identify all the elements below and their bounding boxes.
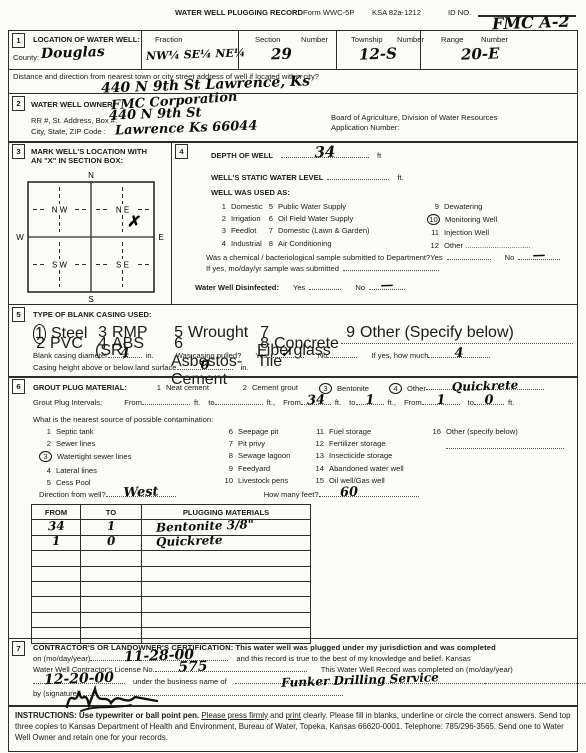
- depth-unit: ft: [377, 151, 381, 160]
- static-level-label: WELL'S STATIC WATER LEVEL: [211, 173, 323, 182]
- section-header: Section: [255, 35, 280, 44]
- feet-label: How many feet?: [264, 490, 319, 499]
- section1-location: 1 LOCATION OF WATER WELL: Fraction Secti…: [8, 30, 578, 94]
- chem-no-label: No: [505, 253, 515, 262]
- se-quadrant-label: S E: [116, 261, 129, 270]
- from-cell: [32, 597, 81, 612]
- chem-no-blank: —: [518, 252, 560, 260]
- signature-scribble: [61, 681, 181, 715]
- grout-material-options: 1Neat cement2Cement grout3Bentonite4Othe…: [149, 383, 426, 394]
- pulled-yes-blank: ✓: [268, 350, 304, 358]
- direction-value: West: [123, 485, 159, 499]
- contamination-col2: 6Seepage pit7Pit privy8Sewage lagoon9Fee…: [221, 427, 290, 488]
- from-cell: [32, 581, 81, 596]
- interval-blank-f2: 34: [301, 397, 331, 405]
- section4-number: 4: [175, 144, 188, 159]
- section1-number: 1: [12, 33, 25, 48]
- interval-blank-t2: 1: [356, 397, 384, 405]
- interval-t3-value: 0: [484, 394, 493, 407]
- disinfected-no-blank: —: [369, 282, 405, 290]
- used-as-option: 1Domestic: [214, 202, 263, 211]
- chem-yes-label: Yes: [430, 253, 442, 262]
- used-as-option: 2Irrigation: [214, 214, 263, 223]
- east-label: E: [158, 233, 163, 242]
- business-name-blank: Funker Drilling Service: [235, 676, 485, 684]
- depth-of-well-line: DEPTH OF WELL34ft: [211, 150, 381, 160]
- sample-date-label: If yes, mo/day/yr sample was submitted: [206, 264, 339, 273]
- grout-material-line: GROUT PLUG MATERIAL:1Neat cement2Cement …: [33, 382, 544, 394]
- how-much-value: 4: [455, 346, 464, 359]
- grout-intervals-line: Grout Plug Intervals:Fromft.toft.,From34…: [33, 397, 514, 407]
- completed-on-blank: 11-28-00: [90, 653, 228, 661]
- contamination-option: 13Insecticide storage: [312, 451, 404, 460]
- feet-value: 60: [339, 486, 358, 500]
- west-label: W: [16, 233, 24, 242]
- section6-number: 6: [12, 379, 25, 394]
- from-column-header: FROM: [32, 505, 81, 520]
- contamination-col4: 16Other (specify below): [429, 427, 518, 439]
- ftc-label-1: ft.,: [267, 398, 275, 407]
- interval-blank-f1: [142, 397, 190, 405]
- section3-number: 3: [12, 144, 25, 159]
- disinfected-yes-blank: [309, 282, 341, 290]
- business-name-blank-tail: [485, 676, 586, 684]
- used-as-option: 12Other ...............................: [427, 241, 531, 250]
- contamination-option: 4Lateral lines: [39, 466, 131, 475]
- ftc-label-2: ft.,: [388, 398, 396, 407]
- disinfected-line: Water Well Disinfected:YesNo—: [195, 282, 405, 292]
- interval-t2-value: 1: [365, 394, 374, 407]
- pulled-no-label: No: [318, 351, 328, 360]
- grout-other-value: Quickrete: [451, 379, 518, 393]
- plugging-table: FROM TO PLUGGING MATERIALS 34 1 Bentonit…: [31, 504, 311, 644]
- range-number-header: Number: [481, 35, 508, 44]
- county-label: County:: [13, 53, 39, 62]
- form-number: Form WWC-5P: [303, 8, 354, 17]
- intervals-label: Grout Plug Intervals:: [33, 398, 102, 407]
- chem-yes-blank: [447, 252, 491, 260]
- contamination-option: 12Fertilizer storage: [312, 439, 404, 448]
- plugging-table-row: 34 1 Bentonite 3/8": [32, 520, 311, 535]
- to-cell: [81, 612, 142, 627]
- used-as-option: 8Air Conditioning: [261, 239, 370, 248]
- height-label: Casing height above or below land surfac…: [33, 363, 177, 372]
- used-as-col3: 9Dewatering10Monitoring Well11Injection …: [427, 202, 531, 253]
- sw-quadrant-label: S W: [52, 261, 68, 270]
- direction-blank: West: [106, 489, 176, 497]
- interval-f3-value: 1: [436, 394, 445, 407]
- used-as-option: 6Oil Field Water Supply: [261, 214, 370, 223]
- material-cell: [142, 566, 311, 581]
- section-value: 29: [271, 45, 292, 64]
- from-label-2: From: [283, 398, 301, 407]
- id-label: ID NO.: [448, 8, 471, 17]
- disinfected-label: Water Well Disinfected:: [195, 283, 279, 292]
- section7-certification: 7 CONTRACTOR'S OR LANDOWNER'S CERTIFICAT…: [8, 638, 578, 706]
- used-as-col2: 5Public Water Supply6Oil Field Water Sup…: [261, 202, 370, 251]
- well-location-x-mark: ✗: [126, 213, 142, 232]
- grout-material-option: 1Neat cement: [149, 383, 235, 394]
- county-value: Douglas: [41, 44, 105, 62]
- material-cell: Quickrete: [142, 535, 311, 550]
- to-cell: [81, 581, 142, 596]
- sample-date-blank: [343, 263, 439, 271]
- from-cell: [32, 566, 81, 581]
- used-as-option: 5Public Water Supply: [261, 202, 370, 211]
- contamination-option: 2Sewer lines: [39, 439, 131, 448]
- interval-blank-t1: [215, 397, 263, 405]
- nw-quadrant-label: N W: [52, 206, 68, 215]
- pulled-no-blank: [327, 350, 357, 358]
- section6-title: GROUT PLUG MATERIAL:: [33, 383, 127, 392]
- contamination-option: 10Livestock pens: [221, 476, 290, 485]
- fraction-value: NW¼ SE¼ NE¼: [146, 46, 246, 62]
- plugging-table-row: 1 0 Quickrete: [32, 535, 311, 550]
- used-as-col1: 1Domestic2Irrigation3Feedlot4Industrial: [214, 202, 263, 251]
- section6-grout: 6 GROUT PLUG MATERIAL:1Neat cement2Cemen…: [8, 376, 578, 639]
- license-blank: 575: [155, 664, 307, 672]
- static-level-blank: [327, 172, 389, 180]
- from-label-1: From: [124, 398, 142, 407]
- township-value: 12-S: [359, 44, 398, 63]
- plugging-table-row: [32, 581, 311, 596]
- casing-height-line: Casing height above or below land surfac…: [33, 362, 249, 372]
- contamination-option: 6Seepage pit: [221, 427, 290, 436]
- ft-label-1: ft.: [194, 398, 200, 407]
- to-cell: [81, 597, 142, 612]
- material-cell: Bentonite 3/8": [142, 520, 311, 535]
- chem-no-mark: —: [533, 249, 546, 262]
- section5-title: TYPE OF BLANK CASING USED:: [33, 310, 152, 319]
- ksa-number: KSA 82a-1212: [372, 8, 421, 17]
- section3-4-row: 3 MARK WELL'S LOCATION WITH AN "X" IN SE…: [8, 141, 578, 305]
- grout-other-blank: Quickrete: [426, 382, 544, 390]
- contamination-col1: 1Septic tank2Sewer lines3Watertight sewe…: [39, 427, 131, 490]
- contamination-option: 3Watertight sewer lines: [39, 451, 131, 462]
- used-as-option: 4Industrial: [214, 239, 263, 248]
- scanned-form-page: WATER WELL PLUGGING RECORD Form WWC-5P K…: [0, 0, 586, 753]
- form-title: WATER WELL PLUGGING RECORD: [175, 8, 303, 17]
- section2-owner: 2 WATER WELL OWNER: FMC Corporation RR #…: [8, 93, 578, 143]
- grout-material-option: 3Bentonite: [319, 383, 389, 394]
- diameter-label: Blank casing diameter: [33, 351, 108, 360]
- height-blank: 0: [177, 362, 233, 370]
- static-level-unit: ft.: [397, 173, 403, 182]
- static-level-line: WELL'S STATIC WATER LEVELft.: [211, 172, 404, 182]
- section-box-compass: N W N E S W S E N S W E ✗: [15, 166, 167, 304]
- grout-material-option: 4Other: [389, 383, 426, 394]
- used-as-option: 7Domestic (Lawn & Garden): [261, 226, 370, 235]
- contamination-option: 16Other (specify below): [429, 427, 518, 436]
- completed-on-label: on (mo/day/year): [33, 654, 90, 663]
- direction-line: Direction from well?WestHow many feet?60: [39, 489, 419, 499]
- casing-detail-line: Blank casing diameter4in.Was casing pull…: [33, 350, 490, 360]
- other-casing-blank: [341, 342, 573, 344]
- used-as-option: 11Injection Well: [427, 228, 531, 237]
- plugging-table-row: [32, 597, 311, 612]
- contamination-option: 15Oil well/Gas well: [312, 476, 404, 485]
- section7-number: 7: [12, 641, 25, 656]
- material-cell: [142, 597, 311, 612]
- used-as-option: 10Monitoring Well: [427, 214, 531, 225]
- from-label-3: From: [404, 398, 422, 407]
- used-as-option: 3Feedlot: [214, 226, 263, 235]
- plugging-table-row: [32, 566, 311, 581]
- instructions-part2: and: [268, 711, 286, 720]
- north-label: N: [88, 171, 94, 180]
- plugging-table-row: [32, 612, 311, 627]
- disinfected-yes-label: Yes: [293, 283, 305, 292]
- instructions-underline2: print: [286, 711, 301, 720]
- feet-blank: 60: [319, 489, 419, 497]
- city-label: City, State, ZIP Code :: [31, 127, 106, 136]
- contamination-option: 14Abandoned water well: [312, 464, 404, 473]
- plugging-table-header-row: FROM TO PLUGGING MATERIALS: [32, 505, 311, 520]
- used-as-label: WELL WAS USED AS:: [211, 188, 290, 197]
- plugging-table-body: FROM TO PLUGGING MATERIALS 34 1 Bentonit…: [32, 505, 311, 644]
- contamination-option: 8Sewage lagoon: [221, 451, 290, 460]
- to-cell: [81, 566, 142, 581]
- chemical-sample-question: Was a chemical / bacteriological sample …: [206, 253, 430, 262]
- range-value: 20-E: [461, 44, 500, 63]
- sample-date-line: If yes, mo/day/yr sample was submitted: [206, 263, 439, 273]
- height-unit: in.: [241, 363, 249, 372]
- direction-label: Direction from well?: [39, 490, 106, 499]
- application-number-label: Application Number:: [331, 123, 399, 132]
- section3-title-1: MARK WELL'S LOCATION WITH: [31, 147, 147, 156]
- pulled-yes-label: Yes: [255, 351, 267, 360]
- pulled-yes-mark: ✓: [280, 346, 291, 359]
- diameter-blank: 4: [108, 350, 142, 358]
- section1-title: LOCATION OF WATER WELL:: [33, 35, 140, 44]
- section2-number: 2: [12, 96, 25, 111]
- to-column-header: TO: [81, 505, 142, 520]
- contamination-option: 11Fuel storage: [312, 427, 404, 436]
- how-much-blank: 4: [428, 350, 490, 358]
- ft-label-3: ft.: [508, 398, 514, 407]
- plugging-table-row: [32, 551, 311, 566]
- contamination-option: 5Cess Pool: [39, 478, 131, 487]
- address-label: RR #, St. Address, Box #:: [31, 116, 117, 125]
- contamination-option: 1Septic tank: [39, 427, 131, 436]
- instructions-underline1: Please press firmly: [201, 711, 268, 720]
- material-cell: [142, 581, 311, 596]
- certification-line2b: and this record is true to the best of m…: [236, 654, 470, 663]
- contamination-other-blank: [446, 447, 564, 449]
- depth-value: 34: [314, 145, 335, 161]
- diameter-unit: in.: [146, 351, 154, 360]
- how-much-label: If yes, how much: [371, 351, 428, 360]
- license-value: 575: [178, 659, 208, 674]
- contamination-col3: 11Fuel storage12Fertilizer storage13Inse…: [312, 427, 404, 488]
- range-header: Range: [441, 35, 463, 44]
- from-cell: [32, 612, 81, 627]
- contamination-option: 9Feedyard: [221, 464, 290, 473]
- disinfected-no-label: No: [355, 283, 365, 292]
- interval-blank-f3: 1: [422, 397, 460, 405]
- ft-label-2: ft.: [335, 398, 341, 407]
- material-cell: [142, 551, 311, 566]
- township-number-header: Number: [397, 35, 424, 44]
- township-header: Township: [351, 35, 383, 44]
- owner-label: WATER WELL OWNER:: [31, 100, 115, 109]
- certification-line1: CONTRACTOR'S OR LANDOWNER'S CERTIFICATIO…: [33, 643, 496, 652]
- depth-blank: 34: [281, 150, 369, 158]
- used-as-option: 9Dewatering: [427, 202, 531, 211]
- to-cell: [81, 551, 142, 566]
- section5-casing: 5 TYPE OF BLANK CASING USED: 1Steel3RMP …: [8, 304, 578, 378]
- from-cell: 1: [32, 535, 81, 550]
- chemical-sample-line: Was a chemical / bacteriological sample …: [206, 252, 560, 262]
- height-value: 0: [200, 358, 209, 371]
- contamination-option: 7Pit privy: [221, 439, 290, 448]
- diameter-value: 4: [120, 346, 129, 359]
- section3-title-2: AN "X" IN SECTION BOX:: [31, 156, 123, 165]
- to-cell: 0: [81, 535, 142, 550]
- depth-label: DEPTH OF WELL: [211, 151, 273, 160]
- fraction-header: Fraction: [155, 35, 182, 44]
- interval-f2-value: 34: [307, 394, 326, 408]
- section5-number: 5: [12, 307, 25, 322]
- disinfected-no-mark: —: [380, 279, 393, 292]
- certification-line2: on (mo/day/year)11-28-00and this record …: [33, 653, 471, 663]
- interval-blank-t3: 0: [474, 397, 504, 405]
- contamination-question: What is the nearest source of possible c…: [33, 415, 213, 424]
- from-cell: [32, 551, 81, 566]
- material-cell: [142, 612, 311, 627]
- ne-quadrant-label: N E: [116, 206, 129, 215]
- agency-label: Board of Agriculture, Division of Water …: [331, 113, 497, 122]
- section-number-header: Number: [301, 35, 328, 44]
